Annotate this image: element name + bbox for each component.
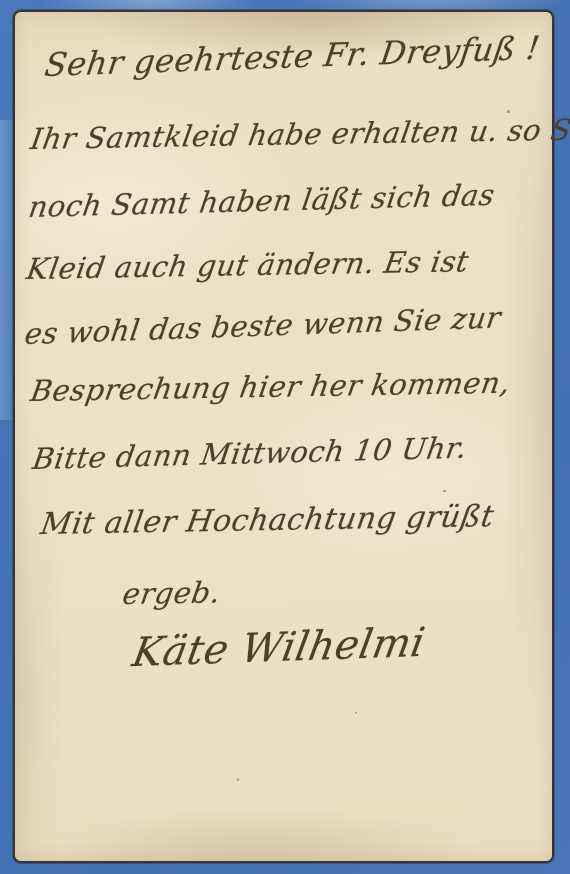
- letter-line: noch Samt haben läßt sich das: [26, 178, 497, 224]
- paper-speck: [355, 712, 357, 714]
- letter-line: es wohl das beste wenn Sie zur: [23, 300, 504, 351]
- letter-line: Kleid auch gut ändern. Es ist: [24, 244, 471, 286]
- paper-speck: [443, 490, 446, 492]
- closing-line: Mit aller Hochachtung grüßt: [38, 499, 496, 542]
- paper-speck: [237, 778, 239, 781]
- signoff-line: ergeb.: [120, 575, 223, 611]
- paper-speck: [507, 110, 510, 113]
- signature: Käte Wilhelmi: [129, 620, 429, 676]
- handwritten-postcard: Sehr geehrteste Fr. Dreyfuß ! Ihr Samtkl…: [13, 10, 554, 863]
- letter-line: Bitte dann Mittwoch 10 Uhr.: [30, 431, 469, 477]
- letter-line: Besprechung hier her kommen,: [28, 366, 513, 408]
- salutation-line: Sehr geehrteste Fr. Dreyfuß !: [42, 29, 542, 84]
- letter-line: Ihr Samtkleid habe erhalten u. so Sie: [28, 112, 570, 156]
